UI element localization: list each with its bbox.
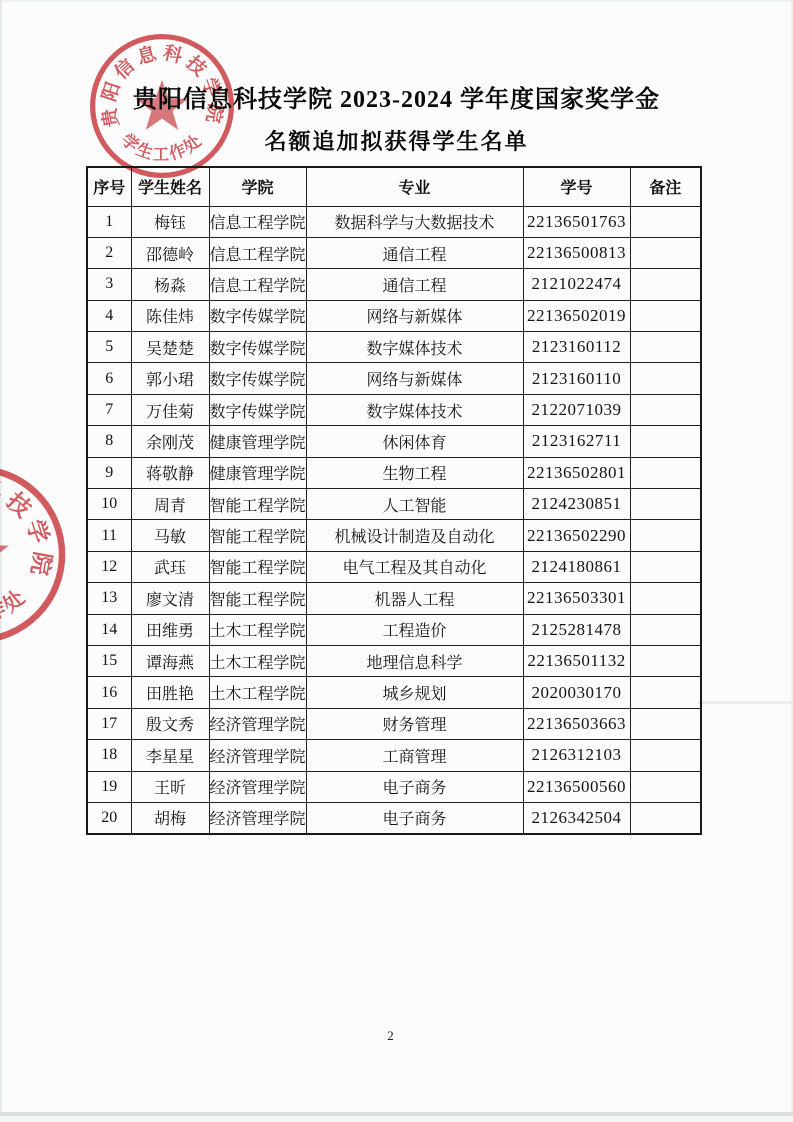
cell-student-id: 22136501763 (523, 206, 630, 237)
cell-college: 土木工程学院 (209, 677, 306, 708)
table-row: 3杨淼信息工程学院通信工程2121022474 (87, 269, 701, 300)
cell-index: 17 (87, 708, 131, 739)
header-student-id: 学号 (523, 167, 630, 206)
cell-college: 经济管理学院 (209, 771, 306, 802)
cell-name: 田维勇 (131, 614, 209, 645)
table-row: 6郭小珺数字传媒学院网络与新媒体2123160110 (87, 363, 701, 394)
cell-college: 智能工程学院 (209, 520, 306, 551)
cell-major: 数据科学与大数据技术 (306, 206, 523, 237)
cell-major: 休闲体育 (306, 426, 523, 457)
cell-college: 数字传媒学院 (209, 300, 306, 331)
cell-major: 通信工程 (306, 269, 523, 300)
cell-name: 廖文清 (131, 583, 209, 614)
cell-major: 财务管理 (306, 708, 523, 739)
cell-remark (630, 614, 701, 645)
cell-college: 智能工程学院 (209, 489, 306, 520)
table-row: 16田胜艳土木工程学院城乡规划2020030170 (87, 677, 701, 708)
cell-index: 6 (87, 363, 131, 394)
table-row: 12武珏智能工程学院电气工程及其自动化2124180861 (87, 551, 701, 582)
cell-remark (630, 740, 701, 771)
cell-student-id: 2124230851 (523, 489, 630, 520)
cell-index: 20 (87, 802, 131, 833)
cell-major: 网络与新媒体 (306, 363, 523, 394)
cell-index: 3 (87, 269, 131, 300)
cell-college: 健康管理学院 (209, 457, 306, 488)
table-row: 7万佳菊数字传媒学院数字媒体技术2122071039 (87, 394, 701, 425)
cell-index: 19 (87, 771, 131, 802)
cell-college: 智能工程学院 (209, 583, 306, 614)
cell-index: 1 (87, 206, 131, 237)
cell-index: 12 (87, 551, 131, 582)
cell-name: 马敏 (131, 520, 209, 551)
cell-remark (630, 708, 701, 739)
cell-name: 周青 (131, 489, 209, 520)
cell-remark (630, 269, 701, 300)
scholarship-students-table: 序号 学生姓名 学院 专业 学号 备注 1梅钰信息工程学院数据科学与大数据技术2… (86, 166, 702, 835)
cell-name: 吴楚楚 (131, 332, 209, 363)
cell-major: 人工智能 (306, 489, 523, 520)
table-row: 1梅钰信息工程学院数据科学与大数据技术22136501763 (87, 206, 701, 237)
cell-major: 工程造价 (306, 614, 523, 645)
cell-student-id: 22136501132 (523, 645, 630, 676)
seal-bottom-text: 学生工作处 (0, 584, 31, 626)
table-row: 20胡梅经济管理学院电子商务2126342504 (87, 802, 701, 833)
cell-student-id: 2125281478 (523, 614, 630, 645)
table-row: 14田维勇土木工程学院工程造价2125281478 (87, 614, 701, 645)
cell-index: 8 (87, 426, 131, 457)
cell-student-id: 22136502801 (523, 457, 630, 488)
cell-index: 7 (87, 394, 131, 425)
cell-student-id: 22136502019 (523, 300, 630, 331)
cell-major: 电子商务 (306, 802, 523, 833)
document-title-line2: 名额追加拟获得学生名单 (0, 125, 793, 156)
cell-remark (630, 520, 701, 551)
cell-index: 15 (87, 645, 131, 676)
cell-remark (630, 426, 701, 457)
table-row: 2邵德岭信息工程学院通信工程22136500813 (87, 237, 701, 268)
cell-major: 电子商务 (306, 771, 523, 802)
cell-index: 14 (87, 614, 131, 645)
cell-name: 余刚茂 (131, 426, 209, 457)
official-seal-stamp-partial: 贵阳信息科技学院 学生工作处 (0, 462, 69, 647)
header-college: 学院 (209, 167, 306, 206)
cell-remark (630, 457, 701, 488)
cell-major: 城乡规划 (306, 677, 523, 708)
cell-remark (630, 300, 701, 331)
cell-major: 通信工程 (306, 237, 523, 268)
cell-remark (630, 677, 701, 708)
cell-name: 蒋敬静 (131, 457, 209, 488)
cell-major: 生物工程 (306, 457, 523, 488)
cell-college: 经济管理学院 (209, 708, 306, 739)
cell-remark (630, 206, 701, 237)
cell-college: 数字传媒学院 (209, 332, 306, 363)
cell-name: 王昕 (131, 771, 209, 802)
cell-college: 信息工程学院 (209, 206, 306, 237)
svg-text:学生工作处: 学生工作处 (0, 584, 31, 626)
cell-college: 土木工程学院 (209, 645, 306, 676)
cell-college: 智能工程学院 (209, 551, 306, 582)
cell-student-id: 2123160110 (523, 363, 630, 394)
cell-college: 信息工程学院 (209, 237, 306, 268)
document-page: 贵阳信息科技学院 学生工作处 贵阳信息科技学院 学生工作处 贵阳信息科技学院 2… (0, 0, 793, 1122)
table-row: 5吴楚楚数字传媒学院数字媒体技术2123160112 (87, 332, 701, 363)
cell-student-id: 2123162711 (523, 426, 630, 457)
header-name: 学生姓名 (131, 167, 209, 206)
cell-student-id: 2124180861 (523, 551, 630, 582)
cell-index: 16 (87, 677, 131, 708)
cell-student-id: 2126342504 (523, 802, 630, 833)
scan-edge-bottom-fade (0, 1116, 793, 1122)
cell-college: 数字传媒学院 (209, 394, 306, 425)
table-row: 10周青智能工程学院人工智能2124230851 (87, 489, 701, 520)
cell-index: 13 (87, 583, 131, 614)
cell-remark (630, 394, 701, 425)
cell-major: 数字媒体技术 (306, 394, 523, 425)
cell-name: 杨淼 (131, 269, 209, 300)
cell-name: 田胜艳 (131, 677, 209, 708)
cell-remark (630, 363, 701, 394)
header-index: 序号 (87, 167, 131, 206)
header-major: 专业 (306, 167, 523, 206)
cell-student-id: 22136503301 (523, 583, 630, 614)
scan-artifact-line (698, 701, 793, 704)
cell-index: 4 (87, 300, 131, 331)
table-header-row: 序号 学生姓名 学院 专业 学号 备注 (87, 167, 701, 206)
cell-student-id: 2122071039 (523, 394, 630, 425)
cell-college: 信息工程学院 (209, 269, 306, 300)
cell-name: 谭海燕 (131, 645, 209, 676)
cell-index: 2 (87, 237, 131, 268)
document-title-line1: 贵阳信息科技学院 2023-2024 学年度国家奖学金 (0, 79, 793, 114)
cell-name: 梅钰 (131, 206, 209, 237)
cell-college: 数字传媒学院 (209, 363, 306, 394)
cell-student-id: 2126312103 (523, 740, 630, 771)
table-row: 8余刚茂健康管理学院休闲体育2123162711 (87, 426, 701, 457)
table-row: 11马敏智能工程学院机械设计制造及自动化22136502290 (87, 520, 701, 551)
cell-college: 健康管理学院 (209, 426, 306, 457)
cell-remark (630, 332, 701, 363)
cell-index: 10 (87, 489, 131, 520)
table-row: 13廖文清智能工程学院机器人工程22136503301 (87, 583, 701, 614)
cell-index: 5 (87, 332, 131, 363)
header-remark: 备注 (630, 167, 701, 206)
cell-name: 殷文秀 (131, 708, 209, 739)
table-row: 17殷文秀经济管理学院财务管理22136503663 (87, 708, 701, 739)
cell-student-id: 22136500813 (523, 237, 630, 268)
cell-index: 18 (87, 740, 131, 771)
cell-name: 胡梅 (131, 802, 209, 833)
cell-major: 机器人工程 (306, 583, 523, 614)
cell-college: 土木工程学院 (209, 614, 306, 645)
cell-major: 地理信息科学 (306, 645, 523, 676)
cell-student-id: 2121022474 (523, 269, 630, 300)
cell-remark (630, 802, 701, 833)
page-number: 2 (0, 1028, 781, 1044)
cell-student-id: 22136503663 (523, 708, 630, 739)
table-body: 1梅钰信息工程学院数据科学与大数据技术221365017632邵德岭信息工程学院… (87, 206, 701, 834)
cell-student-id: 2020030170 (523, 677, 630, 708)
cell-index: 9 (87, 457, 131, 488)
cell-student-id: 22136500560 (523, 771, 630, 802)
cell-remark (630, 583, 701, 614)
cell-major: 网络与新媒体 (306, 300, 523, 331)
cell-student-id: 2123160112 (523, 332, 630, 363)
table-row: 4陈佳炜数字传媒学院网络与新媒体22136502019 (87, 300, 701, 331)
seal-arc-text: 贵阳信息科技学院 (0, 475, 55, 583)
cell-name: 武珏 (131, 551, 209, 582)
table-row: 19王昕经济管理学院电子商务22136500560 (87, 771, 701, 802)
cell-remark (630, 551, 701, 582)
cell-remark (630, 489, 701, 520)
cell-remark (630, 771, 701, 802)
cell-remark (630, 237, 701, 268)
cell-student-id: 22136502290 (523, 520, 630, 551)
cell-remark (630, 645, 701, 676)
cell-name: 陈佳炜 (131, 300, 209, 331)
cell-name: 郭小珺 (131, 363, 209, 394)
star-icon (0, 522, 9, 584)
cell-index: 11 (87, 520, 131, 551)
cell-major: 数字媒体技术 (306, 332, 523, 363)
cell-name: 邵德岭 (131, 237, 209, 268)
cell-major: 机械设计制造及自动化 (306, 520, 523, 551)
table-row: 18李星星经济管理学院工商管理2126312103 (87, 740, 701, 771)
cell-college: 经济管理学院 (209, 802, 306, 833)
svg-text:贵阳信息科技学院: 贵阳信息科技学院 (0, 475, 55, 583)
table-row: 9蒋敬静健康管理学院生物工程22136502801 (87, 457, 701, 488)
cell-college: 经济管理学院 (209, 740, 306, 771)
table-row: 15谭海燕土木工程学院地理信息科学22136501132 (87, 645, 701, 676)
scan-edge-top (0, 0, 793, 2)
cell-major: 电气工程及其自动化 (306, 551, 523, 582)
cell-major: 工商管理 (306, 740, 523, 771)
cell-name: 万佳菊 (131, 394, 209, 425)
cell-name: 李星星 (131, 740, 209, 771)
